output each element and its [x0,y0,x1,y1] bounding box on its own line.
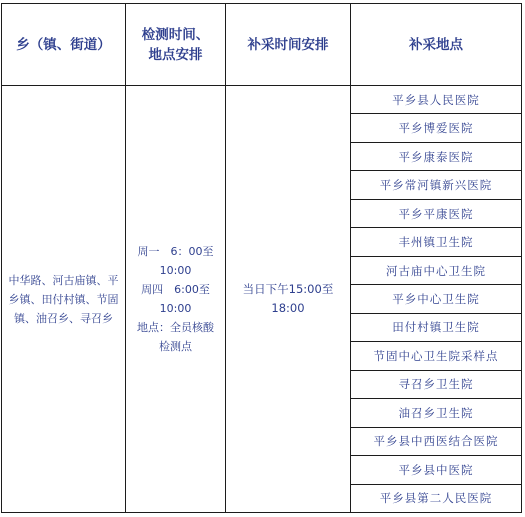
header-resample-time: 补采时间安排 [226,4,350,85]
location-cell: 节固中心卫生院采样点 [351,342,521,369]
location-cell: 田付村镇卫生院 [351,314,521,341]
township-list-cell: 中华路、河古庙镇、平乡镇、田付村镇、节固镇、油召乡、寻召乡 [2,86,125,512]
header-resample-location: 补采地点 [351,4,521,85]
notice-table-page: 乡（镇、街道） 检测时间、 地点安排 补采时间安排 补采地点 中华路、河古庙镇、… [0,0,525,517]
location-cell: 寻召乡卫生院 [351,371,521,398]
location-cell: 平乡县第二人民医院 [351,485,521,512]
location-cell: 平乡康泰医院 [351,143,521,170]
location-cell: 油召乡卫生院 [351,399,521,426]
header-township: 乡（镇、街道） [2,4,125,85]
location-cell: 平乡常河镇新兴医院 [351,171,521,198]
location-cell: 平乡县中医院 [351,456,521,483]
resample-time-cell: 当日下午15:00至 18:00 [226,86,350,512]
location-cell: 平乡中心卫生院 [351,285,521,312]
header-test-schedule: 检测时间、 地点安排 [126,4,225,85]
location-cell: 平乡县人民医院 [351,86,521,113]
resample-locations-list: 平乡县人民医院平乡博爱医院平乡康泰医院平乡常河镇新兴医院平乡平康医院丰州镇卫生院… [351,86,521,512]
location-cell: 丰州镇卫生院 [351,228,521,255]
location-cell: 平乡平康医院 [351,200,521,227]
location-cell: 平乡博爱医院 [351,114,521,141]
sampling-schedule-table: 乡（镇、街道） 检测时间、 地点安排 补采时间安排 补采地点 中华路、河古庙镇、… [1,3,522,513]
location-cell: 平乡县中西医结合医院 [351,428,521,455]
test-schedule-cell: 周一 6：00至 10:00 周四 6:00至 10:00 地点：全员核酸 检测… [126,86,225,512]
location-cell: 河古庙中心卫生院 [351,257,521,284]
